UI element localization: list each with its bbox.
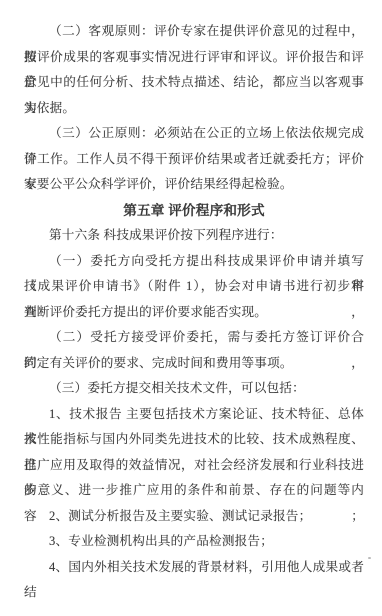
document-page: （二）客观原则：评价专家在提供评价意见的过程中，按照评价成果的客观事实情况进行评… <box>0 0 382 616</box>
text-line: 为依据。 <box>24 96 364 122</box>
text-line: 4、国内外相关技术发展的背景材料，引用他人成果或者结 <box>24 555 364 581</box>
text-line: （二）客观原则：评价专家在提供评价意见的过程中，按 <box>24 19 364 45</box>
text-line: 价工作。工作人员不得干预评价结果或者迁就委托方；评价专 <box>24 147 364 173</box>
text-line: 3、专业检测机构出具的产品检测报告； <box>24 529 364 555</box>
text-line: 照评价成果的客观事实情况进行评审和评议。评价报告和评价 <box>24 45 364 71</box>
text-line: 推广应用及取得的效益情况，对社会经济发展和行业科技进步 <box>24 453 364 479</box>
text-line: （三）委托方提交相关技术文件，可以包括： <box>24 376 364 402</box>
text-line: 第十六条 科技成果评价按下列程序进行： <box>24 223 364 249</box>
text-line: （二）受托方接受评价委托，需与委托方签订评价合同， <box>24 325 364 351</box>
text-line: 技成果评价申请书》（附件 1），协会对申请书进行初步审查， <box>24 274 364 300</box>
scan-speck <box>368 557 371 559</box>
chapter-heading: 第五章 评价程序和形式 <box>24 198 364 224</box>
text-line: 术性能指标与国内外同类先进技术的比较、技术成熟程度、已 <box>24 427 364 453</box>
text-line: （一）委托方向受托方提出科技成果评价申请并填写《科 <box>24 249 364 275</box>
text-line: 家要公平公众科学评价，评价结果经得起检验。 <box>24 172 364 198</box>
text-line: 1、技术报告 主要包括技术方案论证、技术特征、总体技 <box>24 402 364 428</box>
text-line: （三）公正原则：必须站在公正的立场上依法依规完成评 <box>24 121 364 147</box>
text-line: 的意义、进一步推广应用的条件和前景、存在的问题等内容； <box>24 478 364 504</box>
document-lines: （二）客观原则：评价专家在提供评价意见的过程中，按照评价成果的客观事实情况进行评… <box>24 19 364 580</box>
text-line: 意见中的任何分析、技术特点描述、结论，都应当以客观事实 <box>24 70 364 96</box>
